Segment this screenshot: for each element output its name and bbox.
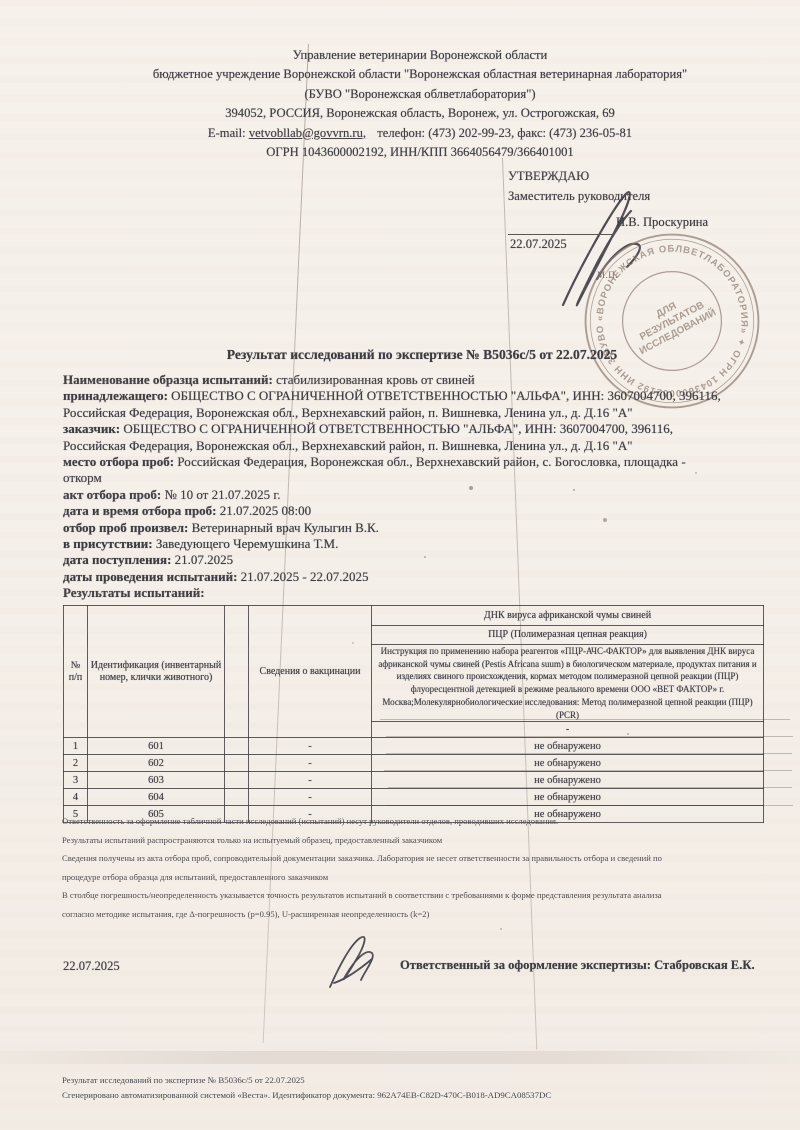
responsible-person: Ответственный за оформление экспертизы: …: [400, 958, 755, 973]
detail-line: Результаты испытаний:: [63, 585, 775, 601]
col-header-vaccination: Сведения о вакцинации: [249, 606, 372, 738]
cell-spacer: [225, 755, 249, 772]
org-contacts: E-mail: vetvobllab@govvrn.ru, телефон: (…: [40, 124, 800, 143]
detail-line: Российская Федерация, Воронежская обл., …: [63, 438, 775, 454]
detail-line: дата поступления: 21.07.2025: [63, 552, 775, 568]
dust-specks: [0, 0, 2, 2]
col-header-num: № п/п: [64, 606, 88, 738]
detail-line: заказчик: ОБЩЕСТВО С ОГРАНИЧЕННОЙ ОТВЕТС…: [63, 421, 775, 437]
org-short-name: (БУВО "Воронежская облветлаборатория"): [40, 85, 800, 104]
detail-line: Российская Федерация, Воронежская обл., …: [63, 405, 775, 421]
results-table: № п/п Идентификация (инвентарный номер, …: [63, 605, 764, 823]
cell-spacer: [225, 789, 249, 806]
detail-line: акт отбора проб: № 10 от 21.07.2025 г.: [63, 487, 775, 503]
notes: Ответственность за оформление табличной …: [62, 812, 662, 924]
footer-generated-by: Сгенерировано автоматизированной системо…: [62, 1088, 551, 1103]
cell-result: не обнаружено: [372, 738, 764, 755]
cell-vaccination: -: [249, 789, 372, 806]
document-title: Результат исследований по экспертизе № В…: [40, 347, 800, 363]
detail-line: принадлежащего: ОБЩЕСТВО С ОГРАНИЧЕННОЙ …: [63, 388, 775, 404]
cell-id: 601: [88, 738, 225, 755]
responsible-signature: [318, 933, 382, 993]
email-link[interactable]: vetvobllab@govvrn.ru,: [249, 126, 366, 140]
detail-line: откорм: [63, 470, 775, 486]
phone-fax: телефон: (473) 202-99-23, факс: (473) 23…: [377, 126, 632, 140]
approval-date: 22.07.2025: [510, 237, 567, 252]
detail-line: в присутствии: Заведующего Черемушкина Т…: [63, 536, 775, 552]
note-line: Результаты испытаний распространяются то…: [62, 831, 662, 850]
col-header-method: ПЦР (Полимеразная цепная реакция): [372, 626, 764, 645]
detail-line: отбор проб произвел: Ветеринарный врач К…: [63, 520, 775, 536]
cell-spacer: [225, 772, 249, 789]
cell-num: 2: [64, 755, 88, 772]
detail-line: место отбора проб: Российская Федерация,…: [63, 454, 775, 470]
cell-result: не обнаружено: [372, 755, 764, 772]
note-line: Сведения получены из акта отбора проб, с…: [62, 849, 662, 868]
letterhead: Управление ветеринарии Воронежской облас…: [40, 46, 800, 162]
cell-num: 4: [64, 789, 88, 806]
col-header-id: Идентификация (инвентарный номер, клички…: [88, 606, 225, 738]
col-header-target: ДНК вируса африканской чумы свиней: [372, 606, 764, 626]
cell-id: 604: [88, 789, 225, 806]
cell-vaccination: -: [249, 738, 372, 755]
document-footer: Результат исследований по экспертизе № В…: [62, 1073, 551, 1103]
org-address: 394052, РОССИЯ, Воронежская область, Вор…: [40, 104, 800, 123]
org-department: Управление ветеринарии Воронежской облас…: [40, 46, 800, 65]
note-line: процедуре отбора образца для испытаний, …: [62, 868, 662, 887]
signoff-date: 22.07.2025: [63, 959, 120, 974]
org-ogrn-inn: ОГРН 1043600002192, ИНН/КПП 3664056479/3…: [40, 143, 800, 162]
cell-vaccination: -: [249, 772, 372, 789]
cell-id: 603: [88, 772, 225, 789]
table-row: 4 604 - не обнаружено: [64, 789, 764, 806]
col-header-method-detail: Инструкция по применению набора реагенто…: [372, 645, 764, 722]
footer-expertise-ref: Результат исследований по экспертизе № В…: [62, 1073, 551, 1088]
cell-result: не обнаружено: [372, 789, 764, 806]
note-line: согласно методике испытания, где Δ-погре…: [62, 905, 662, 924]
email-label: E-mail:: [208, 126, 246, 140]
col-header-dash: -: [372, 722, 764, 738]
cell-spacer: [225, 738, 249, 755]
header-row: № п/п Идентификация (инвентарный номер, …: [64, 606, 764, 626]
cell-num: 1: [64, 738, 88, 755]
col-header-spacer: [225, 606, 249, 738]
scanned-document: Управление ветеринарии Воронежской облас…: [0, 0, 800, 1130]
note-line: Ответственность за оформление табличной …: [62, 812, 662, 831]
note-line: В столбце погрешность/неопределенность у…: [62, 886, 662, 905]
sample-details: Наименование образца испытаний: стабилиз…: [63, 372, 775, 602]
table-row: 2 602 - не обнаружено: [64, 755, 764, 772]
cell-num: 3: [64, 772, 88, 789]
scan-streak-band: [0, 1051, 800, 1064]
detail-line: даты проведения испытаний: 21.07.2025 - …: [63, 569, 775, 585]
org-full-name: бюджетное учреждение Воронежской области…: [40, 65, 800, 84]
detail-line: дата и время отбора проб: 21.07.2025 08:…: [63, 503, 775, 519]
detail-line: Наименование образца испытаний: стабилиз…: [63, 372, 775, 388]
cell-id: 602: [88, 755, 225, 772]
cell-vaccination: -: [249, 755, 372, 772]
table-row: 1 601 - не обнаружено: [64, 738, 764, 755]
table-row: 3 603 - не обнаружено: [64, 772, 764, 789]
cell-result: не обнаружено: [372, 772, 764, 789]
